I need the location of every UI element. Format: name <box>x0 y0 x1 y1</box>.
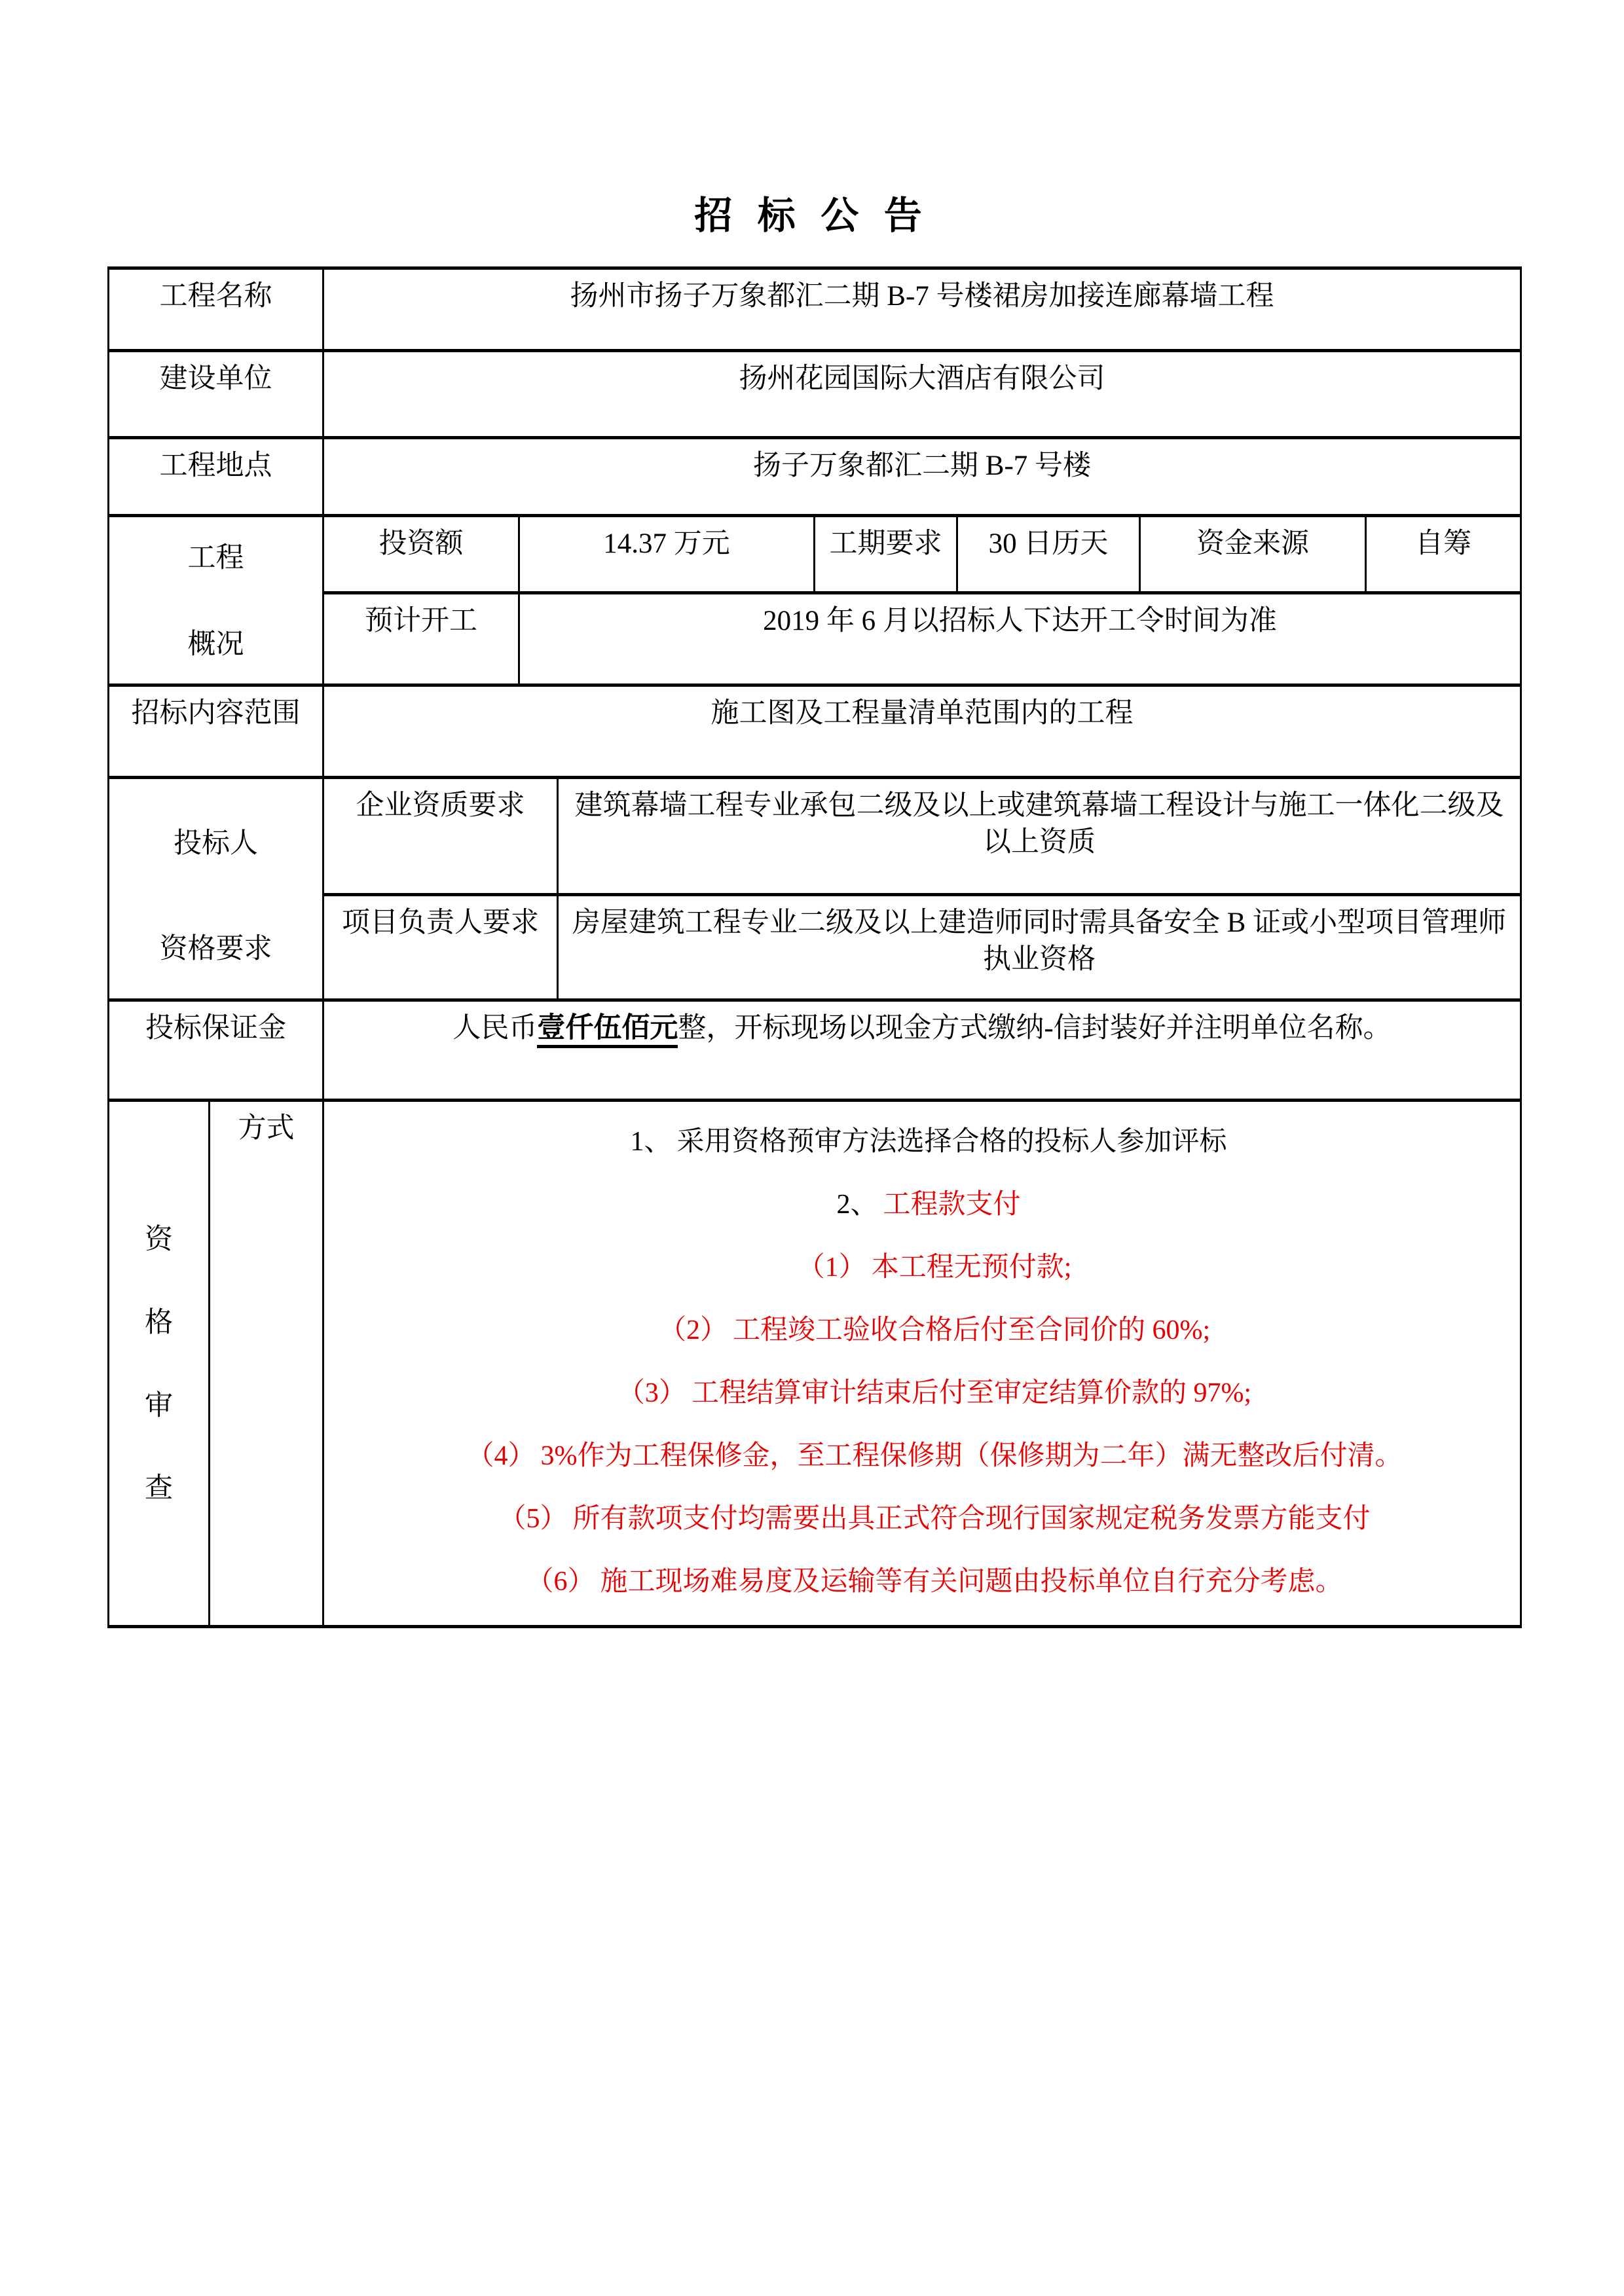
enterprise-qualification-value: 建筑幕墙工程专业承包二级及以上或建筑幕墙工程设计与施工一体化二级及以上资质 <box>558 777 1521 894</box>
location-label: 工程地点 <box>109 437 323 515</box>
review-item: （4）3%作为工程保修金，至工程保修期（保修期为二年）满无整改后付清。 <box>332 1425 1512 1487</box>
row-location: 工程地点 扬子万象都汇二期 B-7 号楼 <box>109 437 1521 515</box>
review-item: （5）所有款项支付均需要出具正式符合现行国家规定税务发票方能支付 <box>332 1487 1512 1550</box>
manager-qualification-label: 项目负责人要求 <box>323 894 558 1000</box>
deposit-value: 人民币壹仟伍佰元整，开标现场以现金方式缴纳-信封装好并注明单位名称。 <box>323 1000 1521 1100</box>
review-label-char1: 资 <box>145 1222 173 1259</box>
review-item-number: （6） <box>526 1567 595 1597</box>
review-label: 资 格 审 查 <box>109 1100 210 1626</box>
row-deposit: 投标保证金 人民币壹仟伍佰元整，开标现场以现金方式缴纳-信封装好并注明单位名称。 <box>109 1000 1521 1100</box>
overview-label-line1: 工程 <box>117 540 314 577</box>
tender-announcement-table: 工程名称 扬州市扬子万象都汇二期 B-7 号楼裙房加接连廊幕墙工程 建设单位 扬… <box>107 266 1522 1628</box>
project-name-value: 扬州市扬子万象都汇二期 B-7 号楼裙房加接连廊幕墙工程 <box>323 268 1521 350</box>
funding-label: 资金来源 <box>1140 515 1366 592</box>
review-item: （1）本工程无预付款; <box>332 1236 1512 1299</box>
review-item-number: 2、 <box>837 1190 878 1220</box>
review-item-number: （3） <box>618 1378 686 1408</box>
enterprise-qualification-label: 企业资质要求 <box>323 777 558 894</box>
review-item: （3）工程结算审计结束后付至审定结算价款的 97%; <box>332 1362 1512 1425</box>
row-enterprise-qualification: 投标人 资格要求 企业资质要求 建筑幕墙工程专业承包二级及以上或建筑幕墙工程设计… <box>109 777 1521 894</box>
review-item: （6）施工现场难易度及运输等有关问题由投标单位自行充分考虑。 <box>332 1550 1512 1613</box>
review-item-text: 所有款项支付均需要出具正式符合现行国家规定税务发票方能支付 <box>573 1504 1371 1534</box>
project-name-label: 工程名称 <box>109 268 323 350</box>
review-item-text: 3%作为工程保修金，至工程保修期（保修期为二年）满无整改后付清。 <box>541 1441 1403 1471</box>
location-value: 扬子万象都汇二期 B-7 号楼 <box>323 437 1521 515</box>
review-label-char4: 查 <box>145 1470 173 1508</box>
scope-value: 施工图及工程量清单范围内的工程 <box>323 685 1521 777</box>
review-method-label: 方式 <box>210 1100 323 1626</box>
deposit-amount: 壹仟伍佰元 <box>537 1013 678 1048</box>
bidder-qualification-label: 投标人 资格要求 <box>109 777 323 1000</box>
review-item-text: 工程结算审计结束后付至审定结算价款的 97%; <box>692 1378 1251 1408</box>
funding-value: 自筹 <box>1366 515 1521 592</box>
bidder-label-line2: 资格要求 <box>117 931 314 968</box>
duration-value: 30 日历天 <box>957 515 1140 592</box>
row-overview-top: 工程 概况 投资额 14.37 万元 工期要求 30 日历天 资金来源 自筹 <box>109 515 1521 592</box>
investment-label: 投资额 <box>323 515 519 592</box>
review-item-number: （5） <box>499 1504 568 1534</box>
row-scope: 招标内容范围 施工图及工程量清单范围内的工程 <box>109 685 1521 777</box>
scope-label: 招标内容范围 <box>109 685 323 777</box>
owner-value: 扬州花园国际大酒店有限公司 <box>323 350 1521 437</box>
review-item: 2、工程款支付 <box>332 1173 1512 1236</box>
review-label-char2: 格 <box>145 1305 173 1342</box>
review-item-text: 采用资格预审方法选择合格的投标人参加评标 <box>677 1127 1227 1157</box>
review-label-char3: 审 <box>145 1388 173 1425</box>
deposit-suffix: 整，开标现场以现金方式缴纳-信封装好并注明单位名称。 <box>678 1013 1391 1044</box>
manager-qualification-value: 房屋建筑工程专业二级及以上建造师同时需具备安全 B 证或小型项目管理师执业资格 <box>558 894 1521 1000</box>
row-qualification-review: 资 格 审 查 方式 1、采用资格预审方法选择合格的投标人参加评标 2、工程款支… <box>109 1100 1521 1626</box>
deposit-label: 投标保证金 <box>109 1000 323 1100</box>
document-title: 招 标 公 告 <box>0 0 1624 239</box>
review-item-text: 本工程无预付款; <box>872 1252 1072 1283</box>
row-project-name: 工程名称 扬州市扬子万象都汇二期 B-7 号楼裙房加接连廊幕墙工程 <box>109 268 1521 350</box>
review-item-number: （2） <box>659 1315 728 1345</box>
review-item-number: （4） <box>467 1441 536 1471</box>
review-item-text: 工程竣工验收合格后付至合同价的 60%; <box>733 1315 1210 1345</box>
bidder-label-line1: 投标人 <box>117 826 314 863</box>
review-item: 1、采用资格预审方法选择合格的投标人参加评标 <box>332 1110 1512 1173</box>
review-item-number: （1） <box>798 1252 866 1283</box>
start-date-value: 2019 年 6 月以招标人下达开工令时间为准 <box>519 592 1521 685</box>
review-item-number: 1、 <box>631 1127 672 1157</box>
owner-label: 建设单位 <box>109 350 323 437</box>
overview-label: 工程 概况 <box>109 515 323 685</box>
review-item-text: 施工现场难易度及运输等有关问题由投标单位自行充分考虑。 <box>600 1567 1343 1597</box>
review-item-text: 工程款支付 <box>883 1190 1021 1220</box>
overview-label-line2: 概况 <box>117 627 314 664</box>
duration-label: 工期要求 <box>815 515 957 592</box>
start-date-label: 预计开工 <box>323 592 519 685</box>
review-content: 1、采用资格预审方法选择合格的投标人参加评标 2、工程款支付 （1）本工程无预付… <box>323 1100 1521 1626</box>
document-page: 招 标 公 告 工程名称 扬州市扬子万象都汇二期 B-7 号楼裙房加接连廊幕墙工… <box>0 0 1624 2296</box>
investment-value: 14.37 万元 <box>519 515 815 592</box>
review-item: （2）工程竣工验收合格后付至合同价的 60%; <box>332 1299 1512 1362</box>
deposit-prefix: 人民币 <box>452 1013 537 1044</box>
row-owner: 建设单位 扬州花园国际大酒店有限公司 <box>109 350 1521 437</box>
